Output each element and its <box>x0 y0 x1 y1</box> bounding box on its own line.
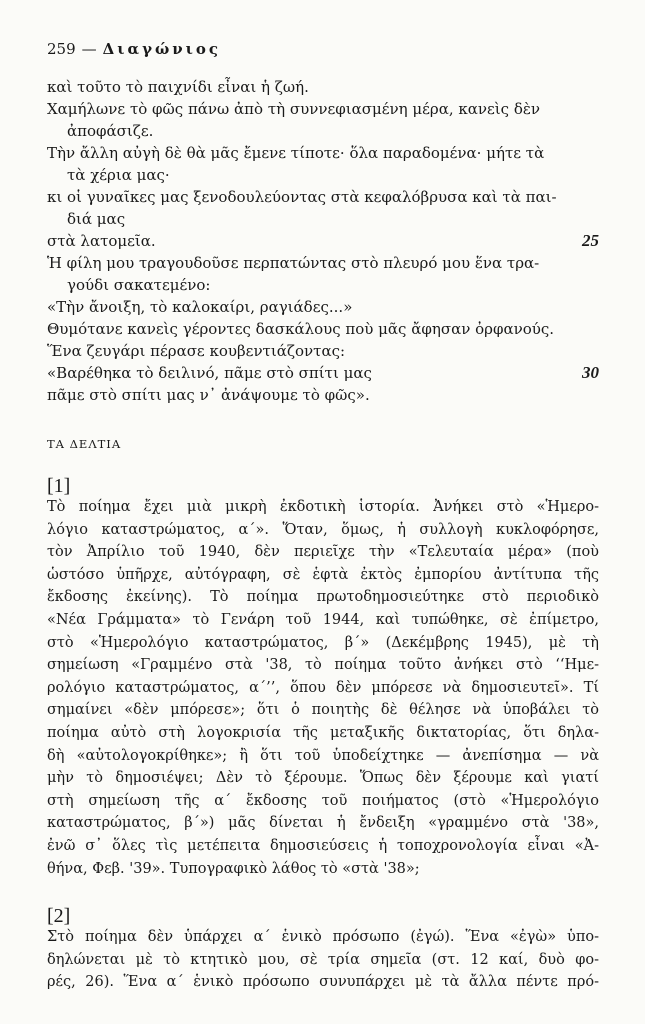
verse-line: Θυμότανε κανεὶς γέροντες δασκάλους ποὺ μ… <box>47 318 599 340</box>
note-line: Στὸ ποίημα δὲν ὑπάρχει α΄ ἑνικὸ πρόσωπο … <box>47 926 599 949</box>
note-line: ποίημα αὐτὸ στὴ λογοκρισία τῆς μεταξικῆς… <box>47 722 599 745</box>
verse-line: Τὴν ἄλλη αὐγὴ δὲ θὰ μᾶς ἔμενε τίποτε· ὅλ… <box>47 142 599 186</box>
book-page: 259—Διαγώνιος καὶ τοῦτο τὸ παιχνίδι εἶνα… <box>47 38 599 994</box>
verse-continuation: διά μας <box>47 208 599 230</box>
section-heading: ΤΑ ΔΕΛΤΙΑ <box>47 436 599 452</box>
verse-line: στὰ λατομεῖα. 25 <box>47 230 599 252</box>
verse-line: πᾶμε στὸ σπίτι μας ν᾽ ἀνάψουμε τὸ φῶς». <box>47 384 599 406</box>
note-line: καταστρώματος, β΄») μᾶς δίνεται ἡ ἔνδειξ… <box>47 812 599 835</box>
poem-verse: καὶ τοῦτο τὸ παιχνίδι εἶναι ἡ ζωή. Χαμήλ… <box>47 76 599 406</box>
verse-text: Τὴν ἄλλη αὐγὴ δὲ θὰ μᾶς ἔμενε τίποτε· ὅλ… <box>47 144 544 162</box>
verse-text: στὰ λατομεῖα. <box>47 232 156 250</box>
note-body: Στὸ ποίημα δὲν ὑπάρχει α΄ ἑνικὸ πρόσωπο … <box>47 926 599 994</box>
note-2: [2] Στὸ ποίημα δὲν ὑπάρχει α΄ ἑνικὸ πρόσ… <box>47 906 599 994</box>
note-line: ρολόγιο καταστρώματος, α΄’’, ὅπου δὲν μπ… <box>47 677 599 700</box>
note-line: ἔκδοσης ἐκείνης). Τὸ ποίημα πρωτοδημοσιε… <box>47 586 599 609</box>
note-line: «Νέα Γράμματα» τὸ Γενάρη τοῦ 1944, καὶ τ… <box>47 609 599 632</box>
verse-text: Ἕνα ζευγάρι πέρασε κουβεντιάζοντας: <box>47 342 345 360</box>
verse-line: Ἕνα ζευγάρι πέρασε κουβεντιάζοντας: <box>47 340 599 362</box>
verse-text: κι οἱ γυναῖκες μας ξενοδουλεύοντας στὰ κ… <box>47 188 557 206</box>
verse-text: Ἡ φίλη μου τραγουδοῦσε περπατώντας στὸ π… <box>47 254 539 272</box>
note-line: τὸν Ἀπρίλιο τοῦ 1940, δὲν περιεῖχε τὴν «… <box>47 541 599 564</box>
note-line: ὡστόσο ὑπῆρχε, αὐτόγραφη, σὲ ἑφτὰ ἐκτὸς … <box>47 564 599 587</box>
verse-continuation: ἀποφάσιζε. <box>47 120 599 142</box>
verse-line: Χαμήλωνε τὸ φῶς πάνω ἀπὸ τὴ συννεφιασμέν… <box>47 98 599 142</box>
verse-line: Ἡ φίλη μου τραγουδοῦσε περπατώντας στὸ π… <box>47 252 599 296</box>
note-line: ρές, 26). Ἕνα α΄ ἑνικὸ πρόσωπο συνυπάρχε… <box>47 971 599 994</box>
note-line: λόγιο καταστρώματος, α΄». Ὅταν, ὅμως, ἡ … <box>47 519 599 542</box>
line-number: 30 <box>582 362 599 384</box>
running-title: Διαγώνιος <box>103 40 221 58</box>
verse-text: πᾶμε στὸ σπίτι μας ν᾽ ἀνάψουμε τὸ φῶς». <box>47 386 370 404</box>
note-line: σημείωση «Γραμμένο στὰ '38, τὸ ποίημα το… <box>47 654 599 677</box>
verse-continuation: γούδι σακατεμένο: <box>47 274 599 296</box>
note-line: μὴν τὸ δημοσιέψει; Δὲν τὸ ξέρουμε. Ὅπως … <box>47 767 599 790</box>
note-line: δηλώνεται μὲ τὸ κτητικὸ μου, σὲ τρία σημ… <box>47 949 599 972</box>
verse-line: «Βαρέθηκα τὸ δειλινό, πᾶμε στὸ σπίτι μας… <box>47 362 599 384</box>
page-number: 259 <box>47 40 76 58</box>
verse-continuation: τὰ χέρια μας· <box>47 164 599 186</box>
note-line: σημαίνει «δὲν μπόρεσε»; ὅτι ὁ ποιητὴς δὲ… <box>47 699 599 722</box>
note-number: [1] <box>47 476 599 496</box>
verse-text: «Βαρέθηκα τὸ δειλινό, πᾶμε στὸ σπίτι μας <box>47 364 372 382</box>
note-line: Τὸ ποίημα ἔχει μιὰ μικρὴ ἐκδοτικὴ ἱστορί… <box>47 496 599 519</box>
note-number: [2] <box>47 906 599 926</box>
verse-text: καὶ τοῦτο τὸ παιχνίδι εἶναι ἡ ζωή. <box>47 78 309 96</box>
verse-line: καὶ τοῦτο τὸ παιχνίδι εἶναι ἡ ζωή. <box>47 76 599 98</box>
verse-line: κι οἱ γυναῖκες μας ξενοδουλεύοντας στὰ κ… <box>47 186 599 230</box>
note-1: [1] Τὸ ποίημα ἔχει μιὰ μικρὴ ἐκδοτικὴ ἱσ… <box>47 476 599 880</box>
verse-line: «Τὴν ἄνοιξη, τὸ καλοκαίρι, ραγιάδες...» <box>47 296 599 318</box>
note-line: ἐνῶ σ᾽ ὅλες τὶς μετέπειτα δημοσιεύσεις ἡ… <box>47 835 599 858</box>
verse-text: Χαμήλωνε τὸ φῶς πάνω ἀπὸ τὴ συννεφιασμέν… <box>47 100 540 118</box>
note-body: Τὸ ποίημα ἔχει μιὰ μικρὴ ἐκδοτικὴ ἱστορί… <box>47 496 599 880</box>
verse-text: «Τὴν ἄνοιξη, τὸ καλοκαίρι, ραγιάδες...» <box>47 298 352 316</box>
header-dash: — <box>82 40 97 58</box>
line-number: 25 <box>582 230 599 252</box>
note-line: θήνα, Φεβ. '39». Τυπογραφικὸ λάθος τὸ «σ… <box>47 858 599 881</box>
note-line: δὴ «αὐτολογοκρίθηκε»; ἢ ὅτι τοῦ ὑποδείχτ… <box>47 745 599 768</box>
verse-text: Θυμότανε κανεὶς γέροντες δασκάλους ποὺ μ… <box>47 320 554 338</box>
note-line: στὴ σημείωση τῆς α΄ ἔκδοσης τοῦ ποιήματο… <box>47 790 599 813</box>
running-head: 259—Διαγώνιος <box>47 38 599 60</box>
note-line: στὸ «Ἡμερολόγιο καταστρώματος, β΄» (Δεκέ… <box>47 632 599 655</box>
